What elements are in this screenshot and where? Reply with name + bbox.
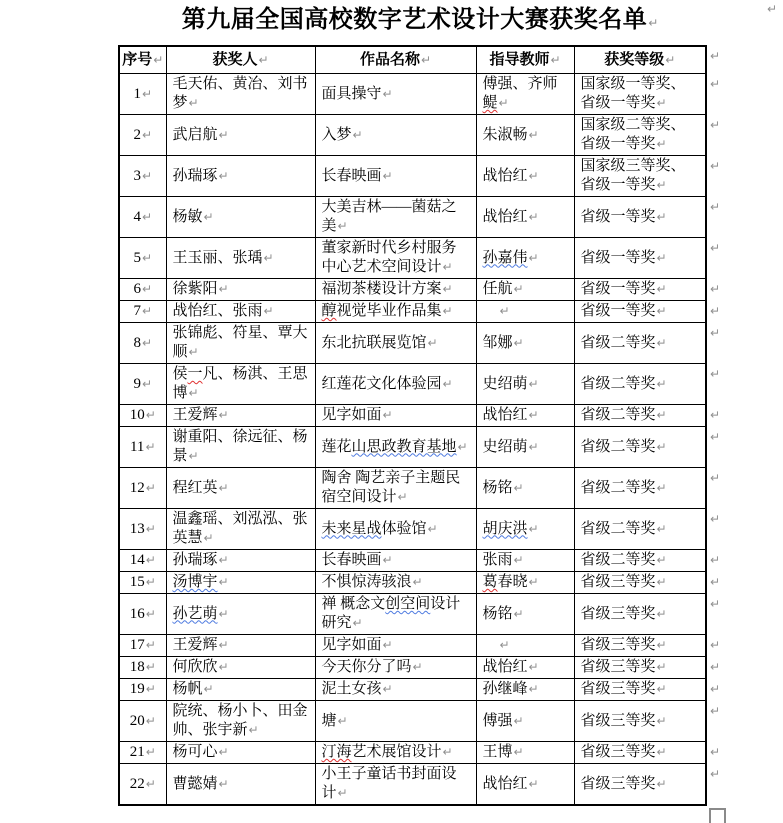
paragraph-mark: ↵ — [142, 375, 152, 394]
table-header-row: 序号↵获奖人↵作品名称↵指导教师↵获奖等级↵ — [119, 46, 706, 74]
cell-no[interactable]: 1↵ — [119, 74, 166, 115]
row-end-paragraph-mark: ↵ — [710, 119, 720, 131]
paragraph-mark: ↵ — [146, 406, 156, 425]
cell-work[interactable]: 见字如面↵ — [315, 635, 476, 657]
column-header-0[interactable]: 序号↵ — [119, 46, 166, 74]
cell-work[interactable]: 今天你分了吗↵ — [315, 657, 476, 679]
paragraph-mark: ↵ — [146, 743, 156, 762]
paragraph-mark: ↵ — [146, 680, 156, 699]
paragraph-mark: ↵ — [657, 406, 667, 425]
paragraph-mark: ↵ — [529, 520, 539, 539]
cell-no[interactable]: 2↵ — [119, 115, 166, 156]
paragraph-mark: ↵ — [514, 605, 524, 624]
paragraph-mark: ↵ — [514, 280, 524, 299]
cell-work[interactable]: 入梦↵ — [315, 115, 476, 156]
table-row: 7↵战怡红、张雨↵醇视觉毕业作品集↵↵省级一等奖↵ — [119, 301, 706, 323]
cell-winner[interactable]: 张锦彪、符星、覃大顺↵ — [166, 323, 315, 364]
paragraph-mark: ↵ — [443, 375, 453, 394]
paragraph-mark: ↵ — [145, 438, 155, 457]
table-row: 21↵杨可心↵汀海艺术展馆设计↵王博↵省级三等奖↵ — [119, 742, 706, 764]
cell-award[interactable]: 省级一等奖↵ — [574, 301, 706, 323]
cell-no[interactable]: 5↵ — [119, 238, 166, 279]
cell-teacher[interactable]: 邹娜↵ — [476, 323, 574, 364]
cell-award[interactable]: 省级三等奖↵ — [574, 764, 706, 806]
cell-winner[interactable]: 杨敏↵ — [166, 197, 315, 238]
paragraph-mark: ↵ — [657, 680, 667, 699]
paragraph-mark: ↵ — [153, 49, 163, 71]
cell-teacher[interactable]: ↵ — [476, 635, 574, 657]
cell-no[interactable]: 9↵ — [119, 364, 166, 405]
cell-award[interactable]: 省级一等奖↵ — [574, 238, 706, 279]
red-squiggle-text: 醇 — [322, 303, 337, 319]
row-end-paragraph-mark: ↵ — [710, 705, 720, 717]
paragraph-mark: ↵ — [219, 775, 229, 794]
paragraph-mark: ↵ — [657, 712, 667, 731]
paragraph-mark: ↵ — [648, 6, 658, 40]
paragraph-mark: ↵ — [146, 658, 156, 677]
table-resize-handle[interactable] — [709, 808, 726, 823]
table-row: 4↵杨敏↵大美吉林——菌菇之美↵战怡红↵省级一等奖↵ — [119, 197, 706, 238]
cell-no[interactable]: 7↵ — [119, 301, 166, 323]
row-end-paragraph-mark: ↵ — [710, 768, 720, 780]
paragraph-mark: ↵ — [657, 479, 667, 498]
table-row: 17↵王爱辉↵见字如面↵↵省级三等奖↵ — [119, 635, 706, 657]
cell-winner[interactable]: 王爱辉↵ — [166, 405, 315, 427]
cell-award[interactable]: 国家级三等奖、省级一等奖↵ — [574, 156, 706, 197]
cell-work[interactable]: 见字如面↵ — [315, 405, 476, 427]
paragraph-mark: ↵ — [529, 438, 539, 457]
row-end-paragraph-mark: ↵ — [710, 201, 720, 213]
row-end-paragraph-mark: ↵ — [710, 160, 720, 172]
cell-teacher[interactable]: 战怡红↵ — [476, 657, 574, 679]
cell-award[interactable]: 省级三等奖↵ — [574, 635, 706, 657]
cell-no[interactable]: 3↵ — [119, 156, 166, 197]
paragraph-mark: ↵ — [338, 712, 348, 731]
cell-work[interactable]: 红莲花文化体验园↵ — [315, 364, 476, 405]
cell-winner[interactable]: 王玉丽、张瑀↵ — [166, 238, 315, 279]
cell-no[interactable]: 22↵ — [119, 764, 166, 806]
paragraph-mark: ↵ — [219, 658, 229, 677]
paragraph-mark: ↵ — [514, 712, 524, 731]
row-end-paragraph-mark: ↵ — [710, 554, 720, 566]
blue-squiggle-text: 胡庆洪 — [483, 521, 528, 537]
red-squiggle-text: 葛 — [483, 574, 498, 590]
cell-work[interactable]: 长春映画↵ — [315, 156, 476, 197]
paragraph-mark: ↵ — [657, 375, 667, 394]
cell-work[interactable]: 禅 概念文创空间设计研究↵ — [315, 594, 476, 635]
row-end-paragraph-mark: ↵ — [710, 431, 720, 443]
red-squiggle-text: 汀海 — [322, 744, 352, 760]
column-header-1[interactable]: 获奖人↵ — [166, 46, 315, 74]
cell-no[interactable]: 20↵ — [119, 701, 166, 742]
paragraph-mark: ↵ — [657, 176, 667, 195]
cell-work[interactable]: 面具操守↵ — [315, 74, 476, 115]
cell-winner[interactable]: 孙瑞琢↵ — [166, 156, 315, 197]
column-header-2[interactable]: 作品名称↵ — [315, 46, 476, 74]
cell-award[interactable]: 省级二等奖↵ — [574, 427, 706, 468]
paragraph-mark: ↵ — [383, 85, 393, 104]
cell-award[interactable]: 省级二等奖↵ — [574, 405, 706, 427]
paragraph-mark: ↵ — [514, 551, 524, 570]
column-header-3[interactable]: 指导教师↵ — [476, 46, 574, 74]
paragraph-mark: ↵ — [219, 605, 229, 624]
cell-no[interactable]: 19↵ — [119, 679, 166, 701]
cell-work[interactable]: 泥土女孩↵ — [315, 679, 476, 701]
paragraph-mark: ↵ — [146, 775, 156, 794]
paragraph-mark: ↵ — [428, 520, 438, 539]
paragraph-mark: ↵ — [383, 680, 393, 699]
cell-teacher[interactable]: 傅强↵ — [476, 701, 574, 742]
cell-teacher[interactable]: 战怡红↵ — [476, 405, 574, 427]
paragraph-mark: ↵ — [499, 94, 509, 113]
cell-winner[interactable]: 曹懿婧↵ — [166, 764, 315, 806]
paragraph-mark: ↵ — [142, 302, 152, 321]
paragraph-mark: ↵ — [264, 249, 274, 268]
row-end-paragraph-mark: ↵ — [710, 683, 720, 695]
table-row: 8↵张锦彪、符星、覃大顺↵东北抗联展览馆↵邹娜↵省级二等奖↵ — [119, 323, 706, 364]
paragraph-mark: ↵ — [443, 258, 453, 277]
cell-teacher[interactable]: 王博↵ — [476, 742, 574, 764]
cell-work[interactable]: 不惧惊涛骇浪↵ — [315, 572, 476, 594]
paragraph-mark: ↵ — [657, 334, 667, 353]
table-row: 5↵王玉丽、张瑀↵董家新时代乡村服务中心艺术空间设计↵孙嘉伟↵省级一等奖↵ — [119, 238, 706, 279]
paragraph-mark: ↵ — [657, 249, 667, 268]
paragraph-mark: ↵ — [413, 573, 423, 592]
cell-winner[interactable]: 徐紫阳↵ — [166, 279, 315, 301]
blue-squiggle-text: 孙嘉伟 — [483, 250, 528, 266]
paragraph-mark: ↵ — [443, 302, 453, 321]
awards-table: 序号↵获奖人↵作品名称↵指导教师↵获奖等级↵ 1↵毛天佑、黄冶、刘书梦↵面具操守… — [118, 45, 707, 806]
paragraph-mark: ↵ — [529, 680, 539, 699]
cell-teacher[interactable]: 张雨↵ — [476, 550, 574, 572]
cell-winner[interactable]: 程红英↵ — [166, 468, 315, 509]
paragraph-mark: ↵ — [204, 680, 214, 699]
cell-no[interactable]: 4↵ — [119, 197, 166, 238]
table-row: 19↵杨帆↵泥土女孩↵孙继峰↵省级三等奖↵ — [119, 679, 706, 701]
cell-award[interactable]: 省级二等奖↵ — [574, 323, 706, 364]
cell-work[interactable]: 未来星战体验馆↵ — [315, 509, 476, 550]
paragraph-mark: ↵ — [529, 208, 539, 227]
cell-no[interactable]: 6↵ — [119, 279, 166, 301]
cell-work[interactable]: 莲花山思政教育基地↵ — [315, 427, 476, 468]
table-row: 20↵院统、杨小卜、田金帅、张宇新↵塘↵傅强↵省级三等奖↵ — [119, 701, 706, 742]
cell-teacher[interactable]: 任航↵ — [476, 279, 574, 301]
paragraph-mark: ↵ — [219, 743, 229, 762]
paragraph-mark: ↵ — [657, 135, 667, 154]
paragraph-mark: ↵ — [550, 49, 560, 71]
cell-award[interactable]: 省级一等奖↵ — [574, 197, 706, 238]
paragraph-mark: ↵ — [142, 85, 152, 104]
table-row: 3↵孙瑞琢↵长春映画↵战怡红↵国家级三等奖、省级一等奖↵ — [119, 156, 706, 197]
cell-award[interactable]: 省级二等奖↵ — [574, 509, 706, 550]
document-page: ↵ 第九届全国高校数字艺术设计大赛获奖名单↵ 序号↵获奖人↵作品名称↵指导教师↵… — [0, 0, 783, 823]
table-row: 9↵侯一凡、杨淇、王思博↵红莲花文化体验园↵史绍萌↵省级二等奖↵ — [119, 364, 706, 405]
row-end-paragraph-mark: ↵ — [710, 283, 720, 295]
cell-teacher[interactable]: 朱淑畅↵ — [476, 115, 574, 156]
row-end-paragraph-mark: ↵ — [710, 50, 720, 62]
cell-award[interactable]: 省级三等奖↵ — [574, 742, 706, 764]
paragraph-mark: ↵ — [529, 406, 539, 425]
paragraph-mark: ↵ — [529, 375, 539, 394]
paragraph-mark: ↵ — [142, 280, 152, 299]
cell-no[interactable]: 15↵ — [119, 572, 166, 594]
paragraph-mark: ↵ — [142, 208, 152, 227]
cell-winner[interactable]: 谢重阳、徐远征、杨景↵ — [166, 427, 315, 468]
cell-award[interactable]: 国家级一等奖、省级一等奖↵ — [574, 74, 706, 115]
cell-award[interactable]: 省级三等奖↵ — [574, 594, 706, 635]
cell-award[interactable]: 省级二等奖↵ — [574, 550, 706, 572]
paragraph-mark: ↵ — [189, 384, 199, 403]
cell-no[interactable]: 12↵ — [119, 468, 166, 509]
paragraph-mark: ↵ — [529, 126, 539, 145]
table-row: 1↵毛天佑、黄冶、刘书梦↵面具操守↵傅强、齐师鳀↵国家级一等奖、省级一等奖↵ — [119, 74, 706, 115]
paragraph-mark: ↵ — [514, 479, 524, 498]
paragraph-mark: ↵ — [383, 551, 393, 570]
cell-winner[interactable]: 王爱辉↵ — [166, 635, 315, 657]
table-row: 12↵程红英↵陶舍 陶艺亲子主题民宿空间设计↵杨铭↵省级二等奖↵ — [119, 468, 706, 509]
paragraph-mark: ↵ — [142, 126, 152, 145]
paragraph-mark: ↵ — [657, 438, 667, 457]
blue-squiggle-text: 山思政教育基地 — [352, 439, 457, 455]
paragraph-mark: ↵ — [529, 775, 539, 794]
cell-teacher[interactable]: 战怡红↵ — [476, 156, 574, 197]
paragraph-mark: ↵ — [146, 636, 156, 655]
cell-award[interactable]: 省级三等奖↵ — [574, 572, 706, 594]
paragraph-mark: ↵ — [428, 334, 438, 353]
cell-no[interactable]: 8↵ — [119, 323, 166, 364]
paragraph-mark: ↵ — [665, 49, 675, 71]
paragraph-mark: ↵ — [657, 743, 667, 762]
paragraph-mark: ↵ — [529, 573, 539, 592]
row-end-paragraph-mark: ↵ — [710, 409, 720, 421]
table-row: 14↵孙瑞琢↵长春映画↵张雨↵省级二等奖↵ — [119, 550, 706, 572]
cell-no[interactable]: 14↵ — [119, 550, 166, 572]
paragraph-mark: ↵ — [458, 438, 468, 457]
paragraph-mark: ↵ — [383, 167, 393, 186]
cell-work[interactable]: 小王子童话书封面设计↵ — [315, 764, 476, 806]
paragraph-mark: ↵ — [657, 636, 667, 655]
paragraph-mark: ↵ — [529, 249, 539, 268]
paragraph-mark: ↵ — [146, 605, 156, 624]
paragraph-mark: ↵ — [204, 529, 214, 548]
cell-winner[interactable]: 杨可心↵ — [166, 742, 315, 764]
paragraph-mark: ↵ — [219, 479, 229, 498]
cell-winner[interactable]: 汤博宇↵ — [166, 572, 315, 594]
row-end-paragraph-mark: ↵ — [710, 513, 720, 525]
paragraph-mark: ↵ — [514, 743, 524, 762]
paragraph-mark: ↵ — [258, 49, 268, 71]
row-end-paragraph-mark: ↵ — [710, 327, 720, 339]
cell-award[interactable]: 省级三等奖↵ — [574, 701, 706, 742]
cell-work[interactable]: 长春映画↵ — [315, 550, 476, 572]
paragraph-mark: ↵ — [219, 167, 229, 186]
paragraph-mark: ↵ — [383, 636, 393, 655]
cell-work[interactable]: 汀海艺术展馆设计↵ — [315, 742, 476, 764]
paragraph-mark: ↵ — [142, 167, 152, 186]
cell-winner[interactable]: 侯一凡、杨淇、王思博↵ — [166, 364, 315, 405]
cell-award[interactable]: 省级二等奖↵ — [574, 468, 706, 509]
cell-no[interactable]: 13↵ — [119, 509, 166, 550]
cell-winner[interactable]: 孙艺萌↵ — [166, 594, 315, 635]
row-end-paragraph-mark: ↵ — [710, 576, 720, 588]
paragraph-mark: ↵ — [657, 520, 667, 539]
table-row: 2↵武启航↵入梦↵朱淑畅↵国家级二等奖、省级一等奖↵ — [119, 115, 706, 156]
paragraph-mark: ↵ — [219, 551, 229, 570]
paragraph-mark: ↵ — [657, 775, 667, 794]
paragraph-mark: ↵ — [146, 551, 156, 570]
cell-no[interactable]: 10↵ — [119, 405, 166, 427]
cell-award[interactable]: 国家级二等奖、省级一等奖↵ — [574, 115, 706, 156]
cell-work[interactable]: 大美吉林——菌菇之美↵ — [315, 197, 476, 238]
paragraph-mark: ↵ — [529, 167, 539, 186]
paragraph-mark: ↵ — [657, 94, 667, 113]
cell-winner[interactable]: 孙瑞琢↵ — [166, 550, 315, 572]
paragraph-mark: ↵ — [398, 488, 408, 507]
document-title-text: 第九届全国高校数字艺术设计大赛获奖名单 — [182, 7, 648, 33]
table-row: 22↵曹懿婧↵小王子童话书封面设计↵战怡红↵省级三等奖↵ — [119, 764, 706, 806]
paragraph-mark: ↵ — [421, 49, 431, 71]
cell-award[interactable]: 省级二等奖↵ — [574, 364, 706, 405]
row-end-paragraph-mark: ↵ — [710, 78, 720, 90]
row-end-paragraph-mark: ↵ — [710, 598, 720, 610]
paragraph-mark: ↵ — [204, 208, 214, 227]
cell-teacher[interactable]: 战怡红↵ — [476, 197, 574, 238]
table-row: 18↵何欣欣↵今天你分了吗↵战怡红↵省级三等奖↵ — [119, 657, 706, 679]
paragraph-mark: ↵ — [189, 94, 199, 113]
cell-winner[interactable]: 武启航↵ — [166, 115, 315, 156]
cell-winner[interactable]: 何欣欣↵ — [166, 657, 315, 679]
paragraph-mark: ↵ — [264, 302, 274, 321]
cell-work[interactable]: 醇视觉毕业作品集↵ — [315, 301, 476, 323]
paragraph-mark: ↵ — [413, 658, 423, 677]
table-row: 13↵温鑫瑶、刘泓泓、张英慧↵未来星战体验馆↵胡庆洪↵省级二等奖↵ — [119, 509, 706, 550]
paragraph-mark: ↵ — [338, 784, 348, 803]
paragraph-mark: ↵ — [142, 334, 152, 353]
red-squiggle-text: 一 — [188, 366, 203, 382]
paragraph-mark: ↵ — [657, 208, 667, 227]
cell-award[interactable]: 省级三等奖↵ — [574, 657, 706, 679]
blue-squiggle-text: 创空间 — [385, 596, 430, 612]
cell-winner[interactable]: 温鑫瑶、刘泓泓、张英慧↵ — [166, 509, 315, 550]
paragraph-mark: ↵ — [767, 2, 777, 16]
cell-winner[interactable]: 院统、杨小卜、田金帅、张宇新↵ — [166, 701, 315, 742]
table-row: 11↵谢重阳、徐远征、杨景↵莲花山思政教育基地↵史绍萌↵省级二等奖↵ — [119, 427, 706, 468]
document-title[interactable]: 第九届全国高校数字艺术设计大赛获奖名单↵ — [119, 3, 721, 40]
cell-teacher[interactable]: 杨铭↵ — [476, 468, 574, 509]
cell-no[interactable]: 17↵ — [119, 635, 166, 657]
paragraph-mark: ↵ — [657, 551, 667, 570]
paragraph-mark: ↵ — [146, 479, 156, 498]
paragraph-mark: ↵ — [500, 636, 510, 655]
paragraph-mark: ↵ — [657, 573, 667, 592]
paragraph-mark: ↵ — [353, 126, 363, 145]
paragraph-mark: ↵ — [142, 249, 152, 268]
cell-no[interactable]: 16↵ — [119, 594, 166, 635]
cell-teacher[interactable]: 孙嘉伟↵ — [476, 238, 574, 279]
paragraph-mark: ↵ — [443, 280, 453, 299]
cell-award[interactable]: 省级三等奖↵ — [574, 679, 706, 701]
paragraph-mark: ↵ — [657, 280, 667, 299]
cell-teacher[interactable]: 孙继峰↵ — [476, 679, 574, 701]
cell-no[interactable]: 11↵ — [119, 427, 166, 468]
red-squiggle-text: 鳀 — [483, 95, 498, 111]
table-row: 6↵徐紫阳↵福沏茶楼设计方案↵任航↵省级一等奖↵ — [119, 279, 706, 301]
blue-squiggle-text: 孙艺萌 — [173, 606, 218, 622]
cell-teacher[interactable]: 战怡红↵ — [476, 764, 574, 806]
paragraph-mark: ↵ — [383, 406, 393, 425]
cell-award[interactable]: 省级一等奖↵ — [574, 279, 706, 301]
paragraph-mark: ↵ — [189, 447, 199, 466]
paragraph-mark: ↵ — [219, 406, 229, 425]
cell-teacher[interactable]: 傅强、齐师鳀↵ — [476, 74, 574, 115]
paragraph-mark: ↵ — [249, 721, 259, 740]
paragraph-mark: ↵ — [657, 605, 667, 624]
row-end-paragraph-mark: ↵ — [710, 661, 720, 673]
cell-teacher[interactable]: 史绍萌↵ — [476, 364, 574, 405]
paragraph-mark: ↵ — [338, 217, 348, 236]
table-row: 16↵孙艺萌↵禅 概念文创空间设计研究↵杨铭↵省级三等奖↵ — [119, 594, 706, 635]
cell-teacher[interactable]: ↵ — [476, 301, 574, 323]
paragraph-mark: ↵ — [219, 126, 229, 145]
cell-work[interactable]: 董家新时代乡村服务中心艺术空间设计↵ — [315, 238, 476, 279]
paragraph-mark: ↵ — [146, 573, 156, 592]
cell-work[interactable]: 塘↵ — [315, 701, 476, 742]
cell-teacher[interactable]: 杨铭↵ — [476, 594, 574, 635]
cell-no[interactable]: 18↵ — [119, 657, 166, 679]
paragraph-mark: ↵ — [443, 743, 453, 762]
row-end-paragraph-mark: ↵ — [710, 242, 720, 254]
paragraph-mark: ↵ — [529, 658, 539, 677]
paragraph-mark: ↵ — [353, 614, 363, 633]
cell-teacher[interactable]: 胡庆洪↵ — [476, 509, 574, 550]
awards-table-wrapper: 序号↵获奖人↵作品名称↵指导教师↵获奖等级↵ 1↵毛天佑、黄冶、刘书梦↵面具操守… — [118, 45, 718, 806]
paragraph-mark: ↵ — [189, 343, 199, 362]
paragraph-mark: ↵ — [657, 302, 667, 321]
column-header-4[interactable]: 获奖等级↵ — [574, 46, 706, 74]
paragraph-mark: ↵ — [500, 302, 510, 321]
paragraph-mark: ↵ — [219, 636, 229, 655]
paragraph-mark: ↵ — [514, 334, 524, 353]
row-end-paragraph-mark: ↵ — [710, 305, 720, 317]
cell-teacher[interactable]: 史绍萌↵ — [476, 427, 574, 468]
cell-work[interactable]: 陶舍 陶艺亲子主题民宿空间设计↵ — [315, 468, 476, 509]
cell-winner[interactable]: 毛天佑、黄冶、刘书梦↵ — [166, 74, 315, 115]
table-row: 10↵王爱辉↵见字如面↵战怡红↵省级二等奖↵ — [119, 405, 706, 427]
row-end-paragraph-mark: ↵ — [710, 746, 720, 758]
cell-winner[interactable]: 战怡红、张雨↵ — [166, 301, 315, 323]
row-end-paragraph-mark: ↵ — [710, 639, 720, 651]
cell-work[interactable]: 东北抗联展览馆↵ — [315, 323, 476, 364]
cell-winner[interactable]: 杨帆↵ — [166, 679, 315, 701]
blue-squiggle-text: 汤博宇 — [173, 574, 218, 590]
paragraph-mark: ↵ — [657, 658, 667, 677]
paragraph-mark: ↵ — [219, 573, 229, 592]
cell-work[interactable]: 福沏茶楼设计方案↵ — [315, 279, 476, 301]
paragraph-mark: ↵ — [146, 712, 156, 731]
table-row: 15↵汤博宇↵不惧惊涛骇浪↵葛春晓↵省级三等奖↵ — [119, 572, 706, 594]
cell-no[interactable]: 21↵ — [119, 742, 166, 764]
cell-teacher[interactable]: 葛春晓↵ — [476, 572, 574, 594]
paragraph-mark: ↵ — [219, 280, 229, 299]
row-end-paragraph-mark: ↵ — [710, 368, 720, 380]
row-end-paragraph-mark: ↵ — [710, 472, 720, 484]
blue-squiggle-text: 未来星战 — [322, 521, 382, 537]
paragraph-mark: ↵ — [146, 520, 156, 539]
